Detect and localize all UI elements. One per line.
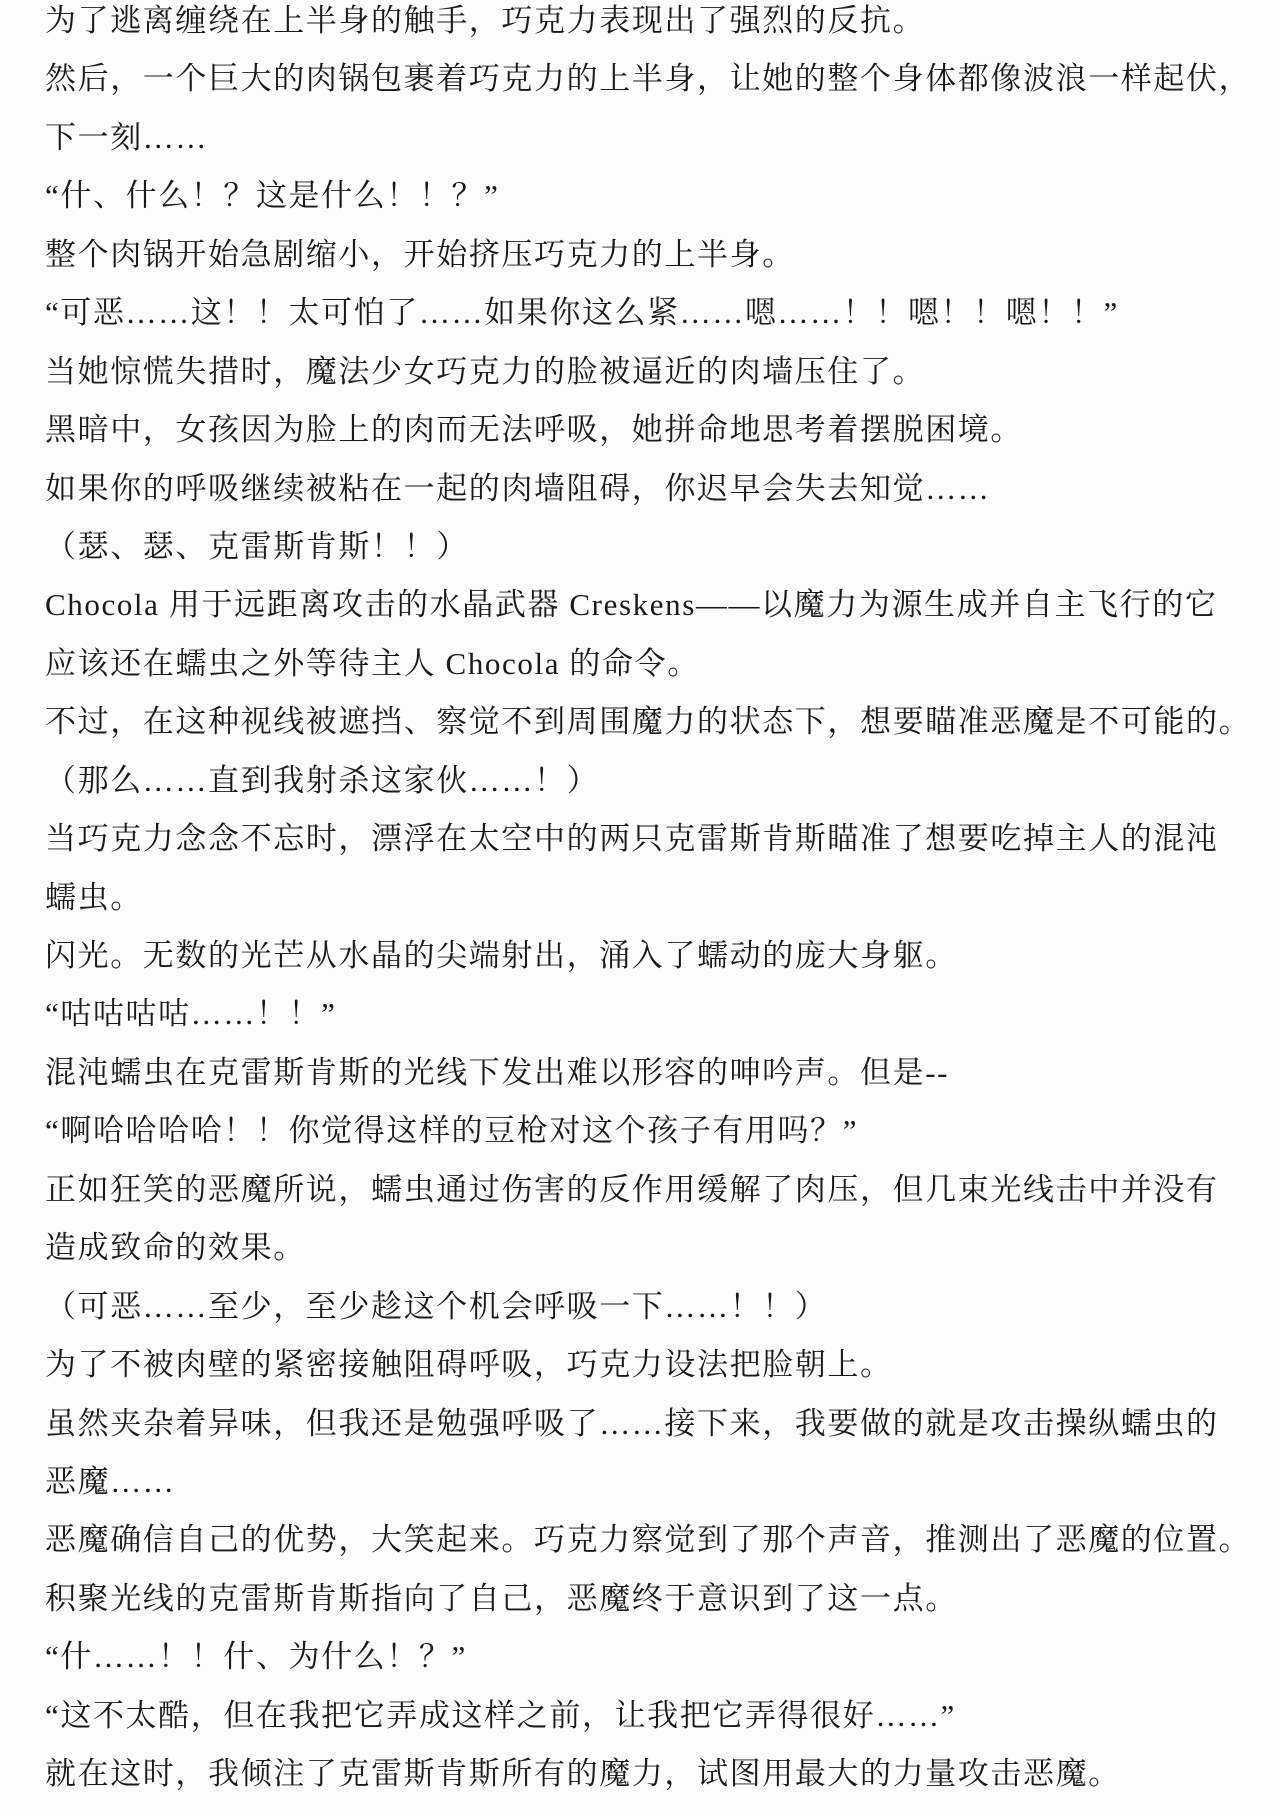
text-line: Chocola 用于远距离攻击的水晶武器 Creskens——以魔力为源生成并自…	[45, 576, 1260, 634]
text-line: 不过，在这种视线被遮挡、察觉不到周围魔力的状态下，想要瞄准恶魔是不可能的。	[45, 693, 1260, 751]
text-line: （可恶……至少，至少趁这个机会呼吸一下……！！）	[45, 1278, 1260, 1336]
document-page: 为了逃离缠绕在上半身的触手，巧克力表现出了强烈的反抗。然后，一个巨大的肉锅包裹着…	[0, 0, 1280, 1810]
text-line: 当巧克力念念不忘时，漂浮在太空中的两只克雷斯肯斯瞄准了想要吃掉主人的混沌	[45, 810, 1260, 868]
text-line: “可恶……这！！太可怕了……如果你这么紧……嗯……！！嗯！！嗯！！”	[45, 284, 1260, 342]
text-line: 然后，一个巨大的肉锅包裹着巧克力的上半身，让她的整个身体都像波浪一样起伏，	[45, 50, 1260, 108]
text-line: （那么……直到我射杀这家伙……！）	[45, 752, 1260, 810]
text-line: 闪光。无数的光芒从水晶的尖端射出，涌入了蠕动的庞大身躯。	[45, 927, 1260, 985]
text-line: “什……！！什、为什么！？”	[45, 1628, 1260, 1686]
text-line: 为了逃离缠绕在上半身的触手，巧克力表现出了强烈的反抗。	[45, 0, 1260, 50]
text-line: 下一刻……	[45, 109, 1260, 167]
text-line: “啊哈哈哈哈！！你觉得这样的豆枪对这个孩子有用吗？”	[45, 1102, 1260, 1160]
text-line: 为了不被肉壁的紧密接触阻碍呼吸，巧克力设法把脸朝上。	[45, 1336, 1260, 1394]
text-line: 如果你的呼吸继续被粘在一起的肉墙阻碍，你迟早会失去知觉……	[45, 460, 1260, 518]
text-line: 造成致命的效果。	[45, 1219, 1260, 1277]
text-line: 正如狂笑的恶魔所说，蠕虫通过伤害的反作用缓解了肉压，但几束光线击中并没有	[45, 1161, 1260, 1219]
text-line: 整个肉锅开始急剧缩小，开始挤压巧克力的上半身。	[45, 226, 1260, 284]
text-line: 积聚光线的克雷斯肯斯指向了自己，恶魔终于意识到了这一点。	[45, 1570, 1260, 1628]
text-line: 恶魔……	[45, 1453, 1260, 1511]
text-line: 就在这时，我倾注了克雷斯肯斯所有的魔力，试图用最大的力量攻击恶魔。	[45, 1745, 1260, 1803]
text-line: “这不太酷，但在我把它弄成这样之前，让我把它弄得很好……”	[45, 1687, 1260, 1745]
text-line: 当她惊慌失措时，魔法少女巧克力的脸被逼近的肉墙压住了。	[45, 343, 1260, 401]
text-line: 蠕虫。	[45, 869, 1260, 927]
text-line: “什、什么！？这是什么！！？”	[45, 167, 1260, 225]
text-line: 混沌蠕虫在克雷斯肯斯的光线下发出难以形容的呻吟声。但是--	[45, 1044, 1260, 1102]
text-line: 虽然夹杂着异味，但我还是勉强呼吸了……接下来，我要做的就是攻击操纵蠕虫的	[45, 1395, 1260, 1453]
text-line: 应该还在蠕虫之外等待主人 Chocola 的命令。	[45, 635, 1260, 693]
text-line: “咕咕咕咕……！！”	[45, 985, 1260, 1043]
text-line: （瑟、瑟、克雷斯肯斯！！）	[45, 518, 1260, 576]
story-text: 为了逃离缠绕在上半身的触手，巧克力表现出了强烈的反抗。然后，一个巨大的肉锅包裹着…	[45, 0, 1260, 1804]
text-line: 黑暗中，女孩因为脸上的肉而无法呼吸，她拼命地思考着摆脱困境。	[45, 401, 1260, 459]
text-line: 恶魔确信自己的优势，大笑起来。巧克力察觉到了那个声音，推测出了恶魔的位置。	[45, 1511, 1260, 1569]
